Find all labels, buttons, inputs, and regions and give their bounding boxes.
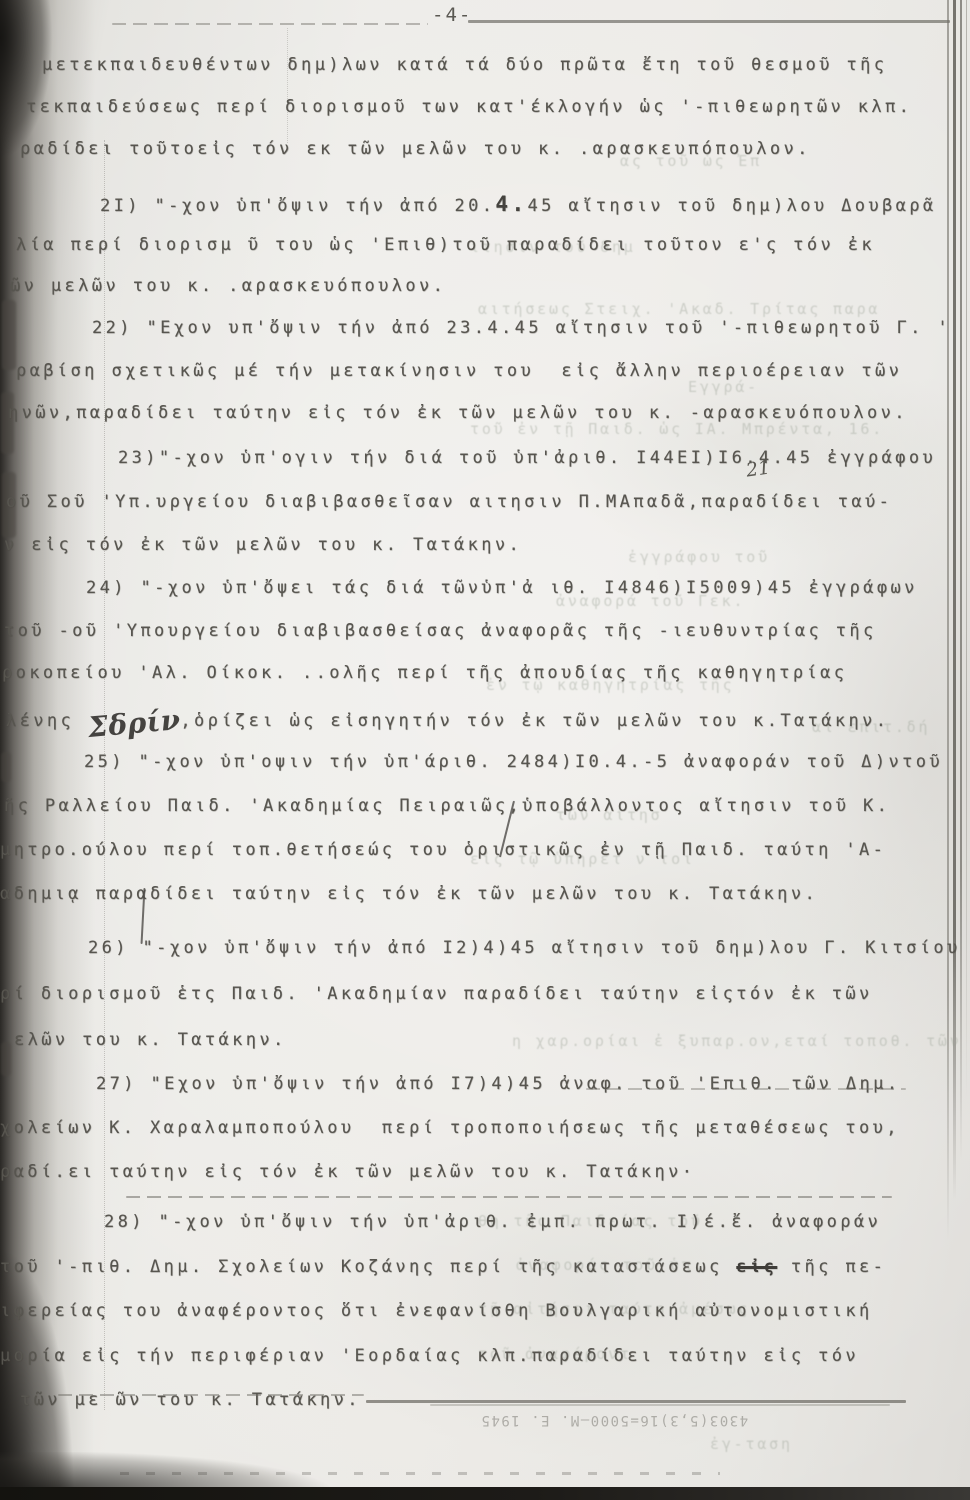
binding-top-corner-shadow [0,0,80,190]
typewritten-line: 26) "-χον ὑπ'ὄψιν τήν ἀπό Ι2)4)45 αἴτησι… [88,938,961,958]
line-text: ελῶν του κ. Τατάκην. [14,1030,287,1050]
horizontal-rule [366,1400,906,1403]
typewritten-line: ραδίδει τοῦτοεἰς τόν εκ τῶν μελῶν του κ.… [20,139,811,159]
line-text: 22) "Εχον υπ'ὄψιν τήν ἀπό 23.4.45 αἴτησι… [92,318,951,338]
line-text: ῶν μελῶν του κ. .αρασκευόπουλον. [10,276,446,296]
horizontal-rule [430,1404,890,1406]
line-text: οῦ Σοῦ 'Υπ.υργείου διαβιβασθεῖσαν αιτησι… [6,492,892,512]
line-text: τοῦ '-πιθ. Δημ. Σχολείων Κοζάνης περί τῆ… [0,1257,736,1277]
line-text: 24) "-χον ὑπ'ὄψει τάς διά τῶνὑπ'ἀ ιθ. Ι4… [86,578,918,598]
typewritten-line: 2Ι) "-χον ὑπ'ὄψιν τήν ἀπό 20.4.45 αἴτησι… [100,192,937,216]
typewritten-line: ελῶν του κ. Τατάκην. [14,1030,287,1050]
bleedthrough-text: ἐγ-ταση [710,1435,793,1453]
page-edge-line [960,0,962,1160]
line-text: 45 αἴτησιν τοῦ δημ)λου Δουβαρᾶ [528,196,937,216]
typewritten-line: ῆς Ραλλείου Παιδ. 'Ακαδημίας Πειραιῶς,ὑπ… [4,796,890,816]
line-text: ῆς Ραλλείου Παιδ. 'Ακαδημίας Πειραιῶς,ὑπ… [4,796,890,816]
line-text: μητρο.ούλου περί τοπ.θετήσεώς του ὁριστι… [0,840,886,860]
line-text: τῶν με ῶν του κ. Τατάκην. [20,1390,361,1410]
scanner-background-band [0,1487,970,1500]
scanned-document-page: -4- ας τοῦ ὡς Ἐπιτησιν τοῦ δημαιτήσεως Σ… [0,0,970,1500]
typewritten-line: ν εἰς τόν ἐκ τῶν μελῶν του κ. Τατάκην. [4,535,522,555]
inverted-stamp-text: 4303(5,3)16=5000—Μ. Ε. 1945 [480,1412,748,1428]
horizontal-rule [468,20,950,23]
line-text: ν εἰς τόν ἐκ τῶν μελῶν του κ. Τατάκην. [4,535,522,555]
typewritten-line: μορία εἰς τήν περιφέριαν 'Εορδαίας κλπ.π… [0,1346,859,1366]
typewritten-line: οῦ Σοῦ 'Υπ.υργείου διαβιβασθεῖσαν αιτησι… [6,492,892,512]
line-text: μετεκπαιδευθέντων δημ)λων κατά τά δύο πρ… [42,55,887,75]
line-text: αδημιᾳ παραδίδει ταύτην εἰς τόν ἐκ τῶν μ… [0,884,818,904]
line-text: 27) "Εχον ὑπ'ὄψιν τήν ἀπό Ι7)4)45 ἀναφ. … [96,1074,900,1094]
typewritten-line: τοῦ '-πιθ. Δημ. Σχολείων Κοζάνης περί τῆ… [0,1257,886,1277]
line-text: ,ὁρίζει ὡς εἰσηγητήν τόν ἐκ τῶν μελῶν το… [180,711,889,731]
typewritten-line: ραδί.ει ταύτην εἰς τόν ἐκ τῶν μελῶν του … [0,1162,695,1182]
line-text: ηνῶν,παραδίδει ταύτην εἰς τόν ἐκ τῶν μελ… [8,403,908,423]
page-bottom-curve-shadow [0,1452,420,1492]
typewritten-line: ροκοπείου 'Αλ. Οίκοκ. ..ολῆς περί τῆς ἀπ… [2,663,847,683]
spine-texture-mark [2,300,16,370]
typewritten-line: 27) "Εχον ὑπ'ὄψιν τήν ἀπό Ι7)4)45 ἀναφ. … [96,1074,900,1094]
fold-guide-line [287,28,288,143]
bleedthrough-text: η χαρ.ορίαι ἐ ξυπαρ.ον,εταί τοποθ. τῶν [512,1032,962,1050]
typewritten-line: ιφερείας του ἀναφέροντος ὅτι ἐνεφανίσθη … [0,1301,873,1321]
handwritten-word: Σδρίν [87,703,182,744]
typewritten-line: χολείων Κ. Χαραλαμποπούλου περί τροποποι… [0,1118,900,1138]
struck-out-word: εἰς [736,1257,777,1277]
typewritten-line: λία περί διορισμ ῦ του ὡς 'Επιθ)τοῦ παρα… [16,235,875,255]
line-text: ραβίση σχετικῶς μέ τήν μετακίνησιν του ε… [16,361,902,381]
bleedthrough-text: ἐγγράφου τοῦ [628,548,770,566]
typewritten-line: 22) "Εχον υπ'ὄψιν τήν ἀπό 23.4.45 αἴτησι… [92,318,951,338]
line-text: τῆς πε- [777,1257,886,1277]
line-text: 23)"-χον ὑπ'ογιν τήν διά τοῦ ὑπ'ἀριθ. Ι4… [118,448,936,468]
typewritten-line: τῶν με ῶν του κ. Τατάκην. [20,1390,361,1410]
page-edge-line [947,0,949,1240]
spine-texture-mark [1,392,14,454]
line-text: ραδί.ει ταύτην εἰς τόν ἐκ τῶν μελῶν του … [0,1162,695,1182]
typewritten-line: ηνῶν,παραδίδει ταύτην εἰς τόν ἐκ τῶν μελ… [8,403,908,423]
line-text: 28) "-χον ὑπ'ὄψιν τήν ὑπ'ἀριθ. ἐμπ. πρωτ… [104,1212,881,1232]
typewritten-line: μητρο.ούλου περί τοπ.θετήσεώς του ὁριστι… [0,840,886,860]
typewritten-line: τεκπαιδεύσεως περί διορισμοῦ των κατ'έκλ… [26,97,912,117]
page-number: -4- [432,4,472,26]
line-text: 26) "-χον ὑπ'ὄψιν τήν ἀπό Ι2)4)45 αἴτησι… [88,938,961,958]
line-text: μορία εἰς τήν περιφέριαν 'Εορδαίας κλπ.π… [0,1346,859,1366]
line-text: ρί διορισμοῦ ἑτς Παιδ. 'Ακαδημίαν παραδί… [0,984,873,1004]
bleedthrough-text: αιτήσεως Στειχ. 'Ακαδ. Τρίτας παρα [478,300,880,318]
typewritten-line: 28) "-χον ὑπ'ὄψιν τήν ὑπ'ἀριθ. ἐμπ. πρωτ… [104,1212,881,1232]
line-text: ιφερείας του ἀναφέροντος ὅτι ἐνεφανίσθη … [0,1301,873,1321]
horizontal-rule [112,23,428,25]
typewritten-line: 23)"-χον ὑπ'ογιν τήν διά τοῦ ὑπ'ἀριθ. Ι4… [118,448,936,468]
typewritten-line: ραβίση σχετικῶς μέ τήν μετακίνησιν του ε… [16,361,902,381]
line-text: λένης [6,711,88,731]
spine-texture-mark [1,1042,11,1076]
interline-handwritten-number: 21 [745,456,772,481]
typewritten-line: 25) "-χον ὑπ'οψιν τήν ὑπ'άριθ. 2484)Ι0.4… [84,752,943,772]
horizontal-rule [126,1196,892,1198]
horizontal-rule [586,1088,906,1090]
page-edge-line [953,0,956,1200]
typewritten-line: μετεκπαιδευθέντων δημ)λων κατά τά δύο πρ… [42,55,887,75]
typewritten-line: λένης Σδρίν,ὁρίζει ὡς εἰσηγητήν τόν ἐκ τ… [6,707,889,740]
typewritten-line: ῶν μελῶν του κ. .αρασκευόπουλον. [10,276,446,296]
typewritten-line: τοῦ -οῦ 'Υπουργείου διαβιβασθείσας ἀναφο… [4,621,877,641]
line-text: 2Ι) "-χον ὑπ'ὄψιν τήν ἀπό 20. [100,196,495,216]
line-text: τοῦ -οῦ 'Υπουργείου διαβιβασθείσας ἀναφο… [4,621,877,641]
typewritten-line: ρί διορισμοῦ ἑτς Παιδ. 'Ακαδημίαν παραδί… [0,984,873,1004]
page-edge-line [966,0,967,1100]
overtyped-text: 4. [495,192,527,216]
typewritten-line: αδημιᾳ παραδίδει ταύτην εἰς τόν ἐκ τῶν μ… [0,884,818,904]
typewritten-line: 24) "-χον ὑπ'ὄψει τάς διά τῶνὑπ'ἀ ιθ. Ι4… [86,578,918,598]
line-text: ραδίδει τοῦτοεἰς τόν εκ τῶν μελῶν του κ.… [20,139,811,159]
line-text: τεκπαιδεύσεως περί διορισμοῦ των κατ'έκλ… [26,97,912,117]
line-text: 25) "-χον ὑπ'οψιν τήν ὑπ'άριθ. 2484)Ι0.4… [84,752,943,772]
horizontal-rule [58,1394,364,1396]
spine-texture-mark [1,752,11,782]
line-text: λία περί διορισμ ῦ του ὡς 'Επιθ)τοῦ παρα… [16,235,875,255]
line-text: χολείων Κ. Χαραλαμποπούλου περί τροποποι… [0,1118,900,1138]
line-text: ροκοπείου 'Αλ. Οίκοκ. ..ολῆς περί τῆς ἀπ… [2,663,847,683]
